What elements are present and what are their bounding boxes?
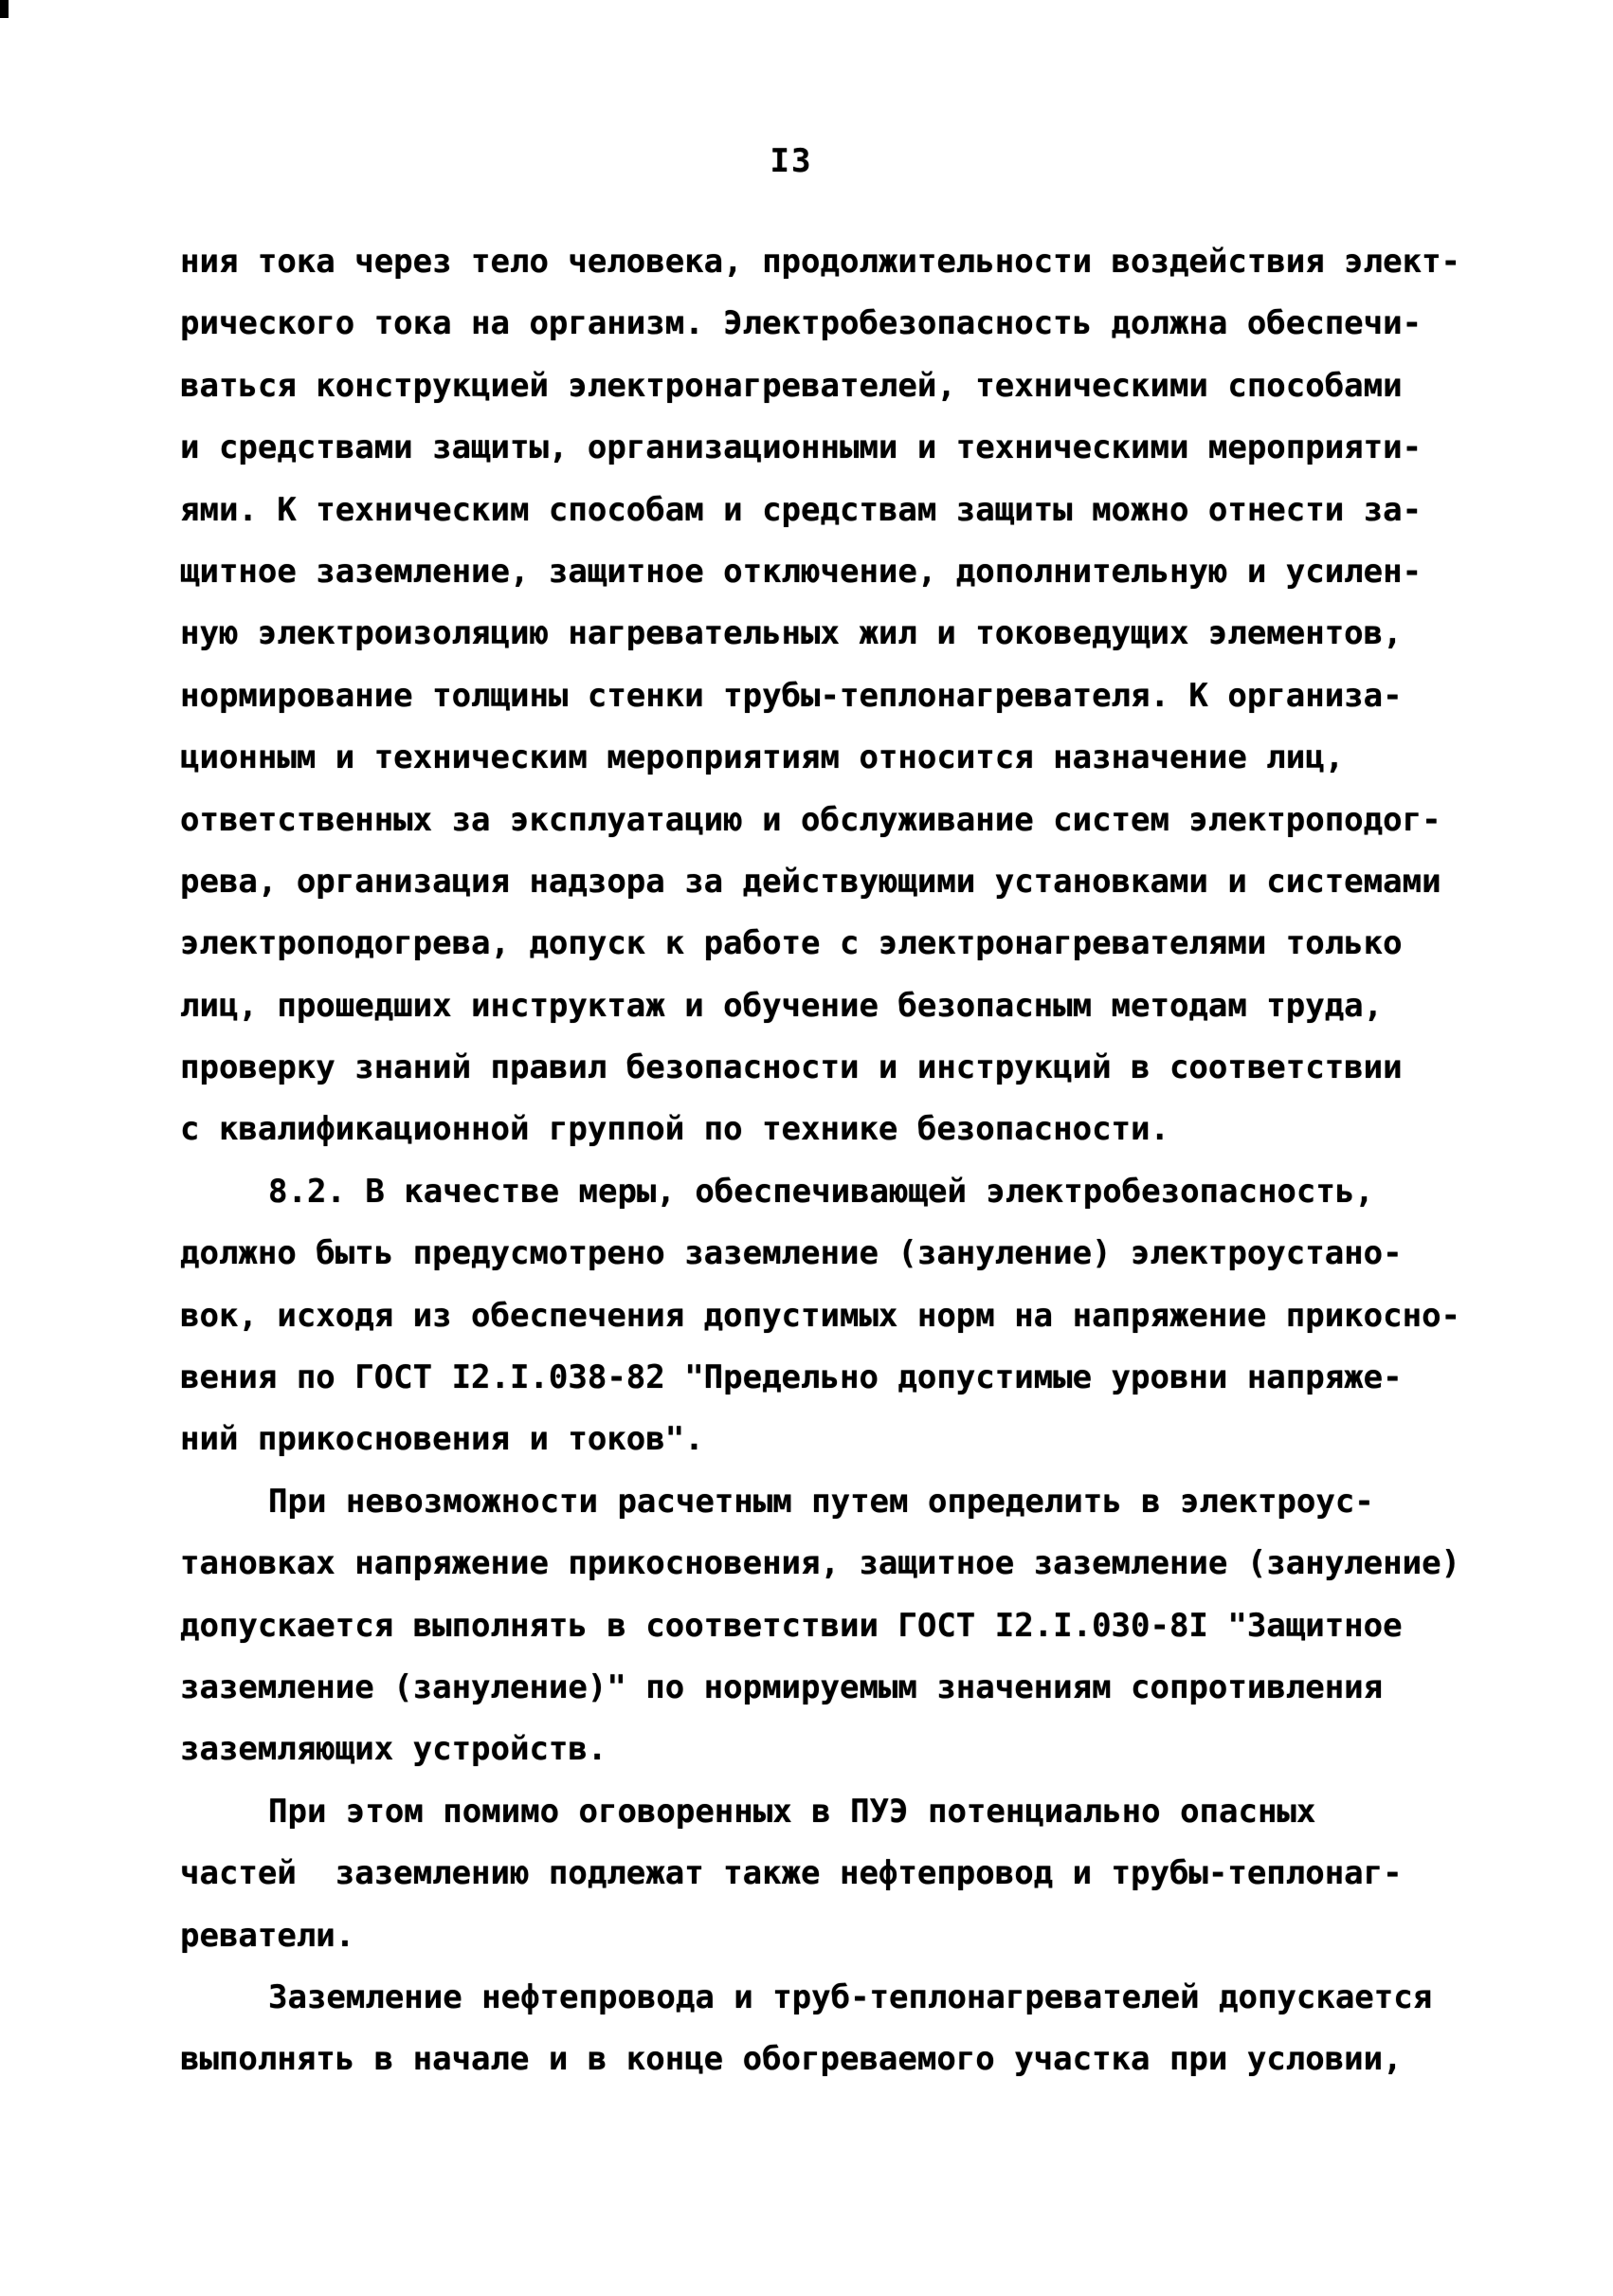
text-line: При невозможности расчетным путем опреде… xyxy=(180,1471,1493,1533)
text-line: При этом помимо оговоренных в ПУЭ потенц… xyxy=(180,1781,1493,1843)
text-line: ями. К техническим способам и средствам … xyxy=(180,480,1493,541)
text-line: должно быть предусмотрено заземление (за… xyxy=(180,1223,1493,1285)
text-line: рического тока на организм. Электробезоп… xyxy=(180,293,1493,355)
text-line: ния тока через тело человека, продолжите… xyxy=(180,231,1493,293)
text-line: заземление (зануление)" по нормируемым з… xyxy=(180,1657,1493,1719)
text-line: Заземление нефтепровода и труб-теплонагр… xyxy=(180,1967,1493,2029)
text-line: ваться конструкцией электронагревателей,… xyxy=(180,355,1493,417)
text-line: заземляющих устройств. xyxy=(180,1719,1493,1780)
text-line: допускается выполнять в соответствии ГОС… xyxy=(180,1595,1493,1657)
text-line: ную электроизоляцию нагревательных жил и… xyxy=(180,603,1493,665)
text-line: реватели. xyxy=(180,1905,1493,1967)
text-line: с квалификационной группой по технике бе… xyxy=(180,1099,1493,1160)
text-line: электроподогрева, допуск к работе с элек… xyxy=(180,913,1493,975)
page-number: I3 xyxy=(0,142,1598,180)
text-line: вения по ГОСТ I2.I.038-82 "Предельно доп… xyxy=(180,1347,1493,1409)
text-body: ния тока через тело человека, продолжите… xyxy=(180,231,1493,2091)
text-line: ответственных за эксплуатацию и обслужив… xyxy=(180,790,1493,851)
scan-artifact xyxy=(0,0,9,18)
text-line: и средствами защиты, организационными и … xyxy=(180,417,1493,479)
text-line: проверку знаний правил безопасности и ин… xyxy=(180,1037,1493,1099)
text-line: лиц, прошедших инструктаж и обучение без… xyxy=(180,975,1493,1037)
text-line: нормирование толщины стенки трубы-теплон… xyxy=(180,665,1493,727)
text-line: ционным и техническим мероприятиям относ… xyxy=(180,727,1493,789)
text-line: 8.2. В качестве меры, обеспечивающей эле… xyxy=(180,1161,1493,1223)
text-line: щитное заземление, защитное отключение, … xyxy=(180,541,1493,603)
text-line: вок, исходя из обеспечения допустимых но… xyxy=(180,1285,1493,1347)
text-line: выполнять в начале и в конце обогреваемо… xyxy=(180,2029,1493,2090)
document-page: I3 ния тока через тело человека, продолж… xyxy=(0,0,1613,2296)
text-line: частей заземлению подлежат также нефтепр… xyxy=(180,1843,1493,1904)
text-line: ний прикосновения и токов". xyxy=(180,1409,1493,1470)
text-line: рева, организация надзора за действующим… xyxy=(180,851,1493,913)
text-line: тановках напряжение прикосновения, защит… xyxy=(180,1533,1493,1594)
